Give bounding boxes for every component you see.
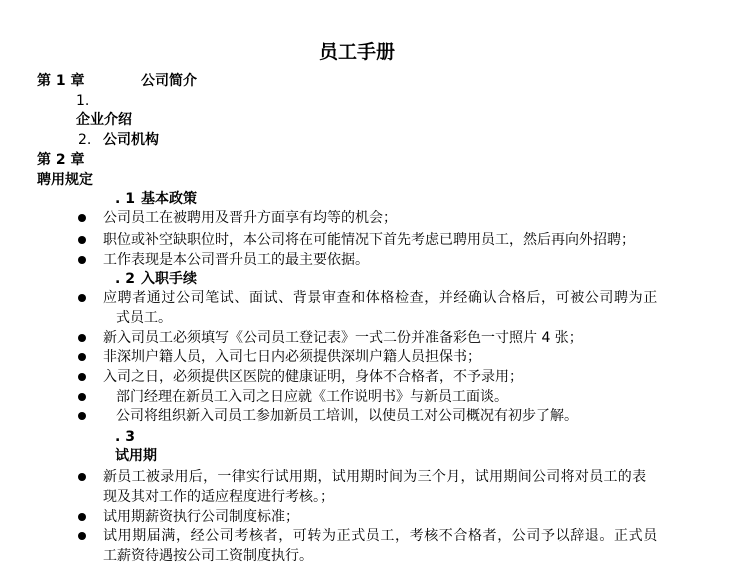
bullet-icon (78, 294, 86, 302)
bullet-icon (78, 532, 86, 540)
section-2-1-title: 基本政策 (141, 190, 197, 209)
list-item: 非深圳户籍人员，入司七日内必须提供深圳户籍人员担保书； (103, 348, 481, 367)
list-item: 新入司员工必须填写《公司员工登记表》一式二份并准备彩色一寸照片 4 张； (103, 329, 583, 348)
section-2-2-title: 入职手续 (141, 270, 197, 289)
list-item: 公司员工在被聘用及晋升方面享有均等的机会； (103, 209, 397, 228)
list-item-continuation: 式员工。 (116, 309, 172, 328)
list-item-continuation: 工薪资待遇按公司工资制度执行。 (103, 547, 313, 566)
section-1-2-title: 公司机构 (103, 131, 159, 150)
list-item: 新员工被录用后，一律实行试用期，试用期时间为三个月，试用期间公司将对员工的表 (103, 468, 646, 487)
chapter-2-title: 聘用规定 (37, 171, 93, 190)
list-item-continuation: 现及其对工作的适应程度进行考核。； (103, 488, 334, 507)
section-1-1-number: 1. (76, 92, 89, 111)
section-2-3-number: . 3 (115, 428, 135, 447)
document-title: 员工手册 (0, 40, 714, 64)
chapter-2-label: 第 2 章 (37, 151, 85, 170)
list-item: 试用期届满，经公司考核者，可转为正式员工，考核不合格者，公司予以辞退。正式员 (103, 527, 658, 546)
section-1-2-number: 2. (78, 131, 91, 150)
list-item: 公司将组织新入司员工参加新员工培训，以使员工对公司概况有初步了解。 (116, 407, 578, 426)
bullet-icon (78, 412, 86, 420)
list-item: 试用期薪资执行公司制度标准； (103, 508, 299, 527)
list-item: 工作表现是本公司晋升员工的最主要依据。 (103, 251, 369, 270)
list-item: 部门经理在新员工入司之日应就《工作说明书》与新员工面谈。 (116, 388, 508, 407)
section-2-3-title: 试用期 (115, 447, 157, 466)
bullet-icon (78, 393, 86, 401)
list-item: 入司之日，必须提供区医院的健康证明，身体不合格者，不予录用； (103, 368, 523, 387)
bullet-icon (78, 334, 86, 342)
chapter-1-title: 公司简介 (141, 72, 197, 91)
section-2-2-number: . 2 (115, 270, 135, 289)
list-item: 职位或补空缺职位时，本公司将在可能情况下首先考虑已聘用员工，然后再向外招聘； (103, 231, 635, 250)
section-1-1-title: 企业介绍 (76, 111, 132, 130)
bullet-icon (78, 373, 86, 381)
section-2-1-number: . 1 (115, 190, 135, 209)
bullet-icon (78, 473, 86, 481)
bullet-icon (78, 513, 86, 521)
chapter-1-label: 第 1 章 (37, 72, 85, 91)
bullet-icon (78, 353, 86, 361)
bullet-icon (78, 256, 86, 264)
bullet-icon (78, 214, 86, 222)
list-item: 应聘者通过公司笔试、面试、背景审查和体格检查，并经确认合格后，可被公司聘为正 (103, 289, 658, 308)
bullet-icon (78, 236, 86, 244)
